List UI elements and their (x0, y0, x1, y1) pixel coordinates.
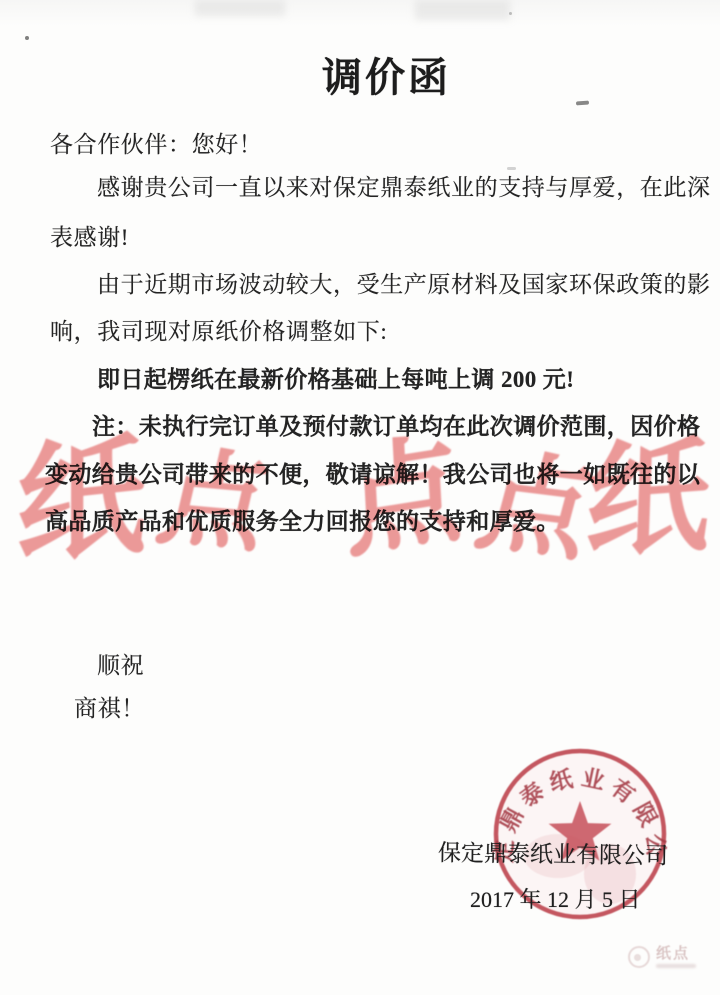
note-line: 变动给贵公司带来的不便，敬请谅解！我公司也将一如既往的以 (45, 456, 700, 489)
signature-date: 2017 年 12 月 5 日 (470, 883, 641, 914)
note-line: 注：未执行完订单及预付款订单均在此次调价范围，因价格 (92, 408, 700, 441)
scan-smudge (415, 0, 510, 20)
scanned-letter-page: 调价函 各合作伙伴：您好！ 感谢贵公司一直以来对保定鼎泰纸业的支持与厚爱，在此深… (0, 0, 720, 995)
body-line: 响，我司现对原纸价格调整如下: (50, 313, 387, 346)
scan-speck (25, 36, 29, 40)
logo-subtext-blur (656, 964, 696, 968)
closing-wish: 顺祝 (97, 647, 144, 680)
logo-label: 纸点 (656, 947, 696, 962)
scan-speck (576, 101, 589, 106)
body-line: 由于近期市场波动较大，受生产原材料及国家环保政策的影 (97, 266, 711, 299)
body-line: 表感谢! (50, 219, 129, 252)
salutation-line: 各合作伙伴：您好！ (50, 126, 262, 159)
signature-company: 保定鼎泰纸业有限公司 (438, 834, 668, 870)
body-line: 感谢贵公司一直以来对保定鼎泰纸业的支持与厚爱，在此深 (97, 169, 711, 202)
watermark-char: 纸 (16, 429, 145, 573)
zhidian-logo: 纸点 (628, 946, 696, 968)
note-line: 高品质产品和优质服务全力回报您的支持和厚爱。 (45, 503, 560, 536)
letter-title: 调价函 (322, 46, 451, 103)
closing-regards: 商祺！ (74, 690, 145, 723)
scan-smudge (195, 0, 285, 16)
scan-speck (509, 12, 512, 15)
price-adjustment-line: 即日起楞纸在最新价格基础上每吨上调 200 元! (97, 361, 574, 394)
watermark-char: 点 (342, 429, 465, 566)
watermark-char: 纸 (584, 433, 712, 566)
logo-circle-icon (628, 946, 650, 968)
